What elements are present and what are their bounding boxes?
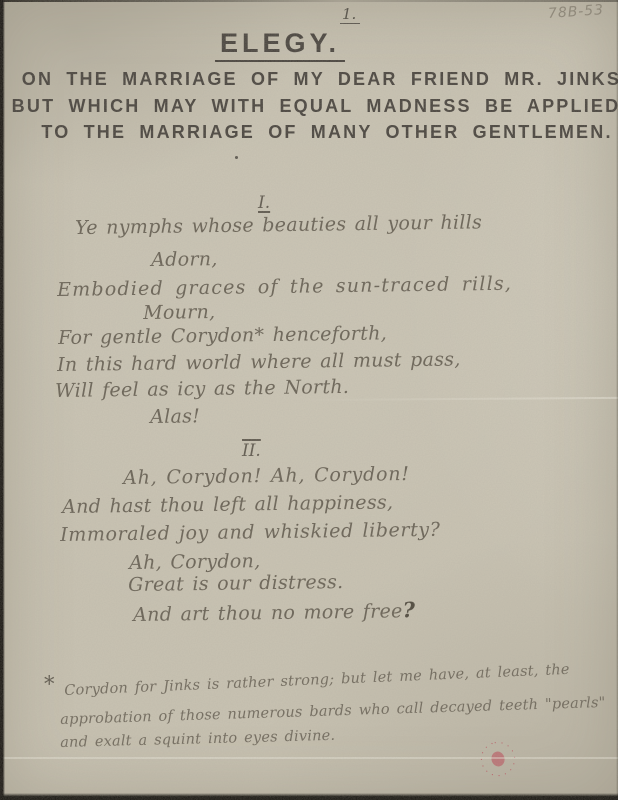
- scanned-manuscript-page: 1. 78B-53 ELEGY. ON THE MARRIAGE OF MY D…: [0, 0, 618, 800]
- page-number: 1.: [340, 5, 360, 24]
- poem-line: For gentle Corydon* henceforth,: [58, 322, 387, 349]
- poem-line-text: And art thou no more free: [133, 600, 403, 626]
- ink-speck: [235, 156, 238, 159]
- poem-line: Great is our distress.: [128, 571, 344, 596]
- stanza-2-numeral: II.: [242, 441, 261, 461]
- emphasized-question-mark: ?: [402, 597, 415, 622]
- poem-line: Ah, Corydon! Ah, Corydon!: [123, 463, 410, 489]
- poem-line: Ah, Corydon,: [129, 550, 261, 574]
- poem-title: ELEGY.: [215, 28, 345, 62]
- subtitle-line-2: BUT WHICH MAY WITH EQUAL MADNESS BE APPL…: [12, 96, 618, 117]
- poem-line: And hast thou left all happiness,: [62, 491, 393, 518]
- footnote-line-2: approbation of those numerous bards who …: [60, 695, 606, 728]
- poem-line: Will feel as icy as the North.: [55, 376, 349, 402]
- subtitle-line-1: ON THE MARRIAGE OF MY DEAR FRIEND MR. JI…: [22, 69, 618, 90]
- library-stamp-icon: • • • • • • • • • • • • • • • • • •: [470, 731, 526, 787]
- footnote-line-1: Corydon for Jinks is rather strong; but …: [64, 662, 570, 699]
- scan-edge-left: [0, 0, 5, 800]
- poem-line: In this hard world where all must pass,: [57, 348, 461, 376]
- footnote-asterisk: *: [44, 672, 55, 696]
- poem-line: Adorn,: [151, 248, 218, 271]
- scan-edge-bottom: [0, 793, 618, 800]
- poem-line: Embodied graces of the sun-traced rills,: [57, 273, 512, 301]
- scan-edge-top: [0, 0, 618, 2]
- catalog-number: 78B-53: [548, 2, 605, 22]
- poem-line: Immoraled joy and whiskied liberty?: [60, 519, 441, 546]
- poem-line: Alas!: [150, 405, 200, 428]
- footnote-line-3: and exalt a squint into eyes divine.: [60, 728, 335, 751]
- paper-crease: [0, 757, 618, 759]
- stamp-center: [490, 750, 506, 768]
- stanza-1-numeral: I.: [258, 193, 270, 213]
- poem-line: Ye nymphs whose beauties all your hills: [75, 211, 482, 239]
- subtitle-line-3: TO THE MARRIAGE OF MANY OTHER GENTLEMEN.: [41, 122, 612, 143]
- poem-line: And art thou no more free?: [133, 597, 415, 626]
- poem-line: Mourn,: [143, 301, 216, 324]
